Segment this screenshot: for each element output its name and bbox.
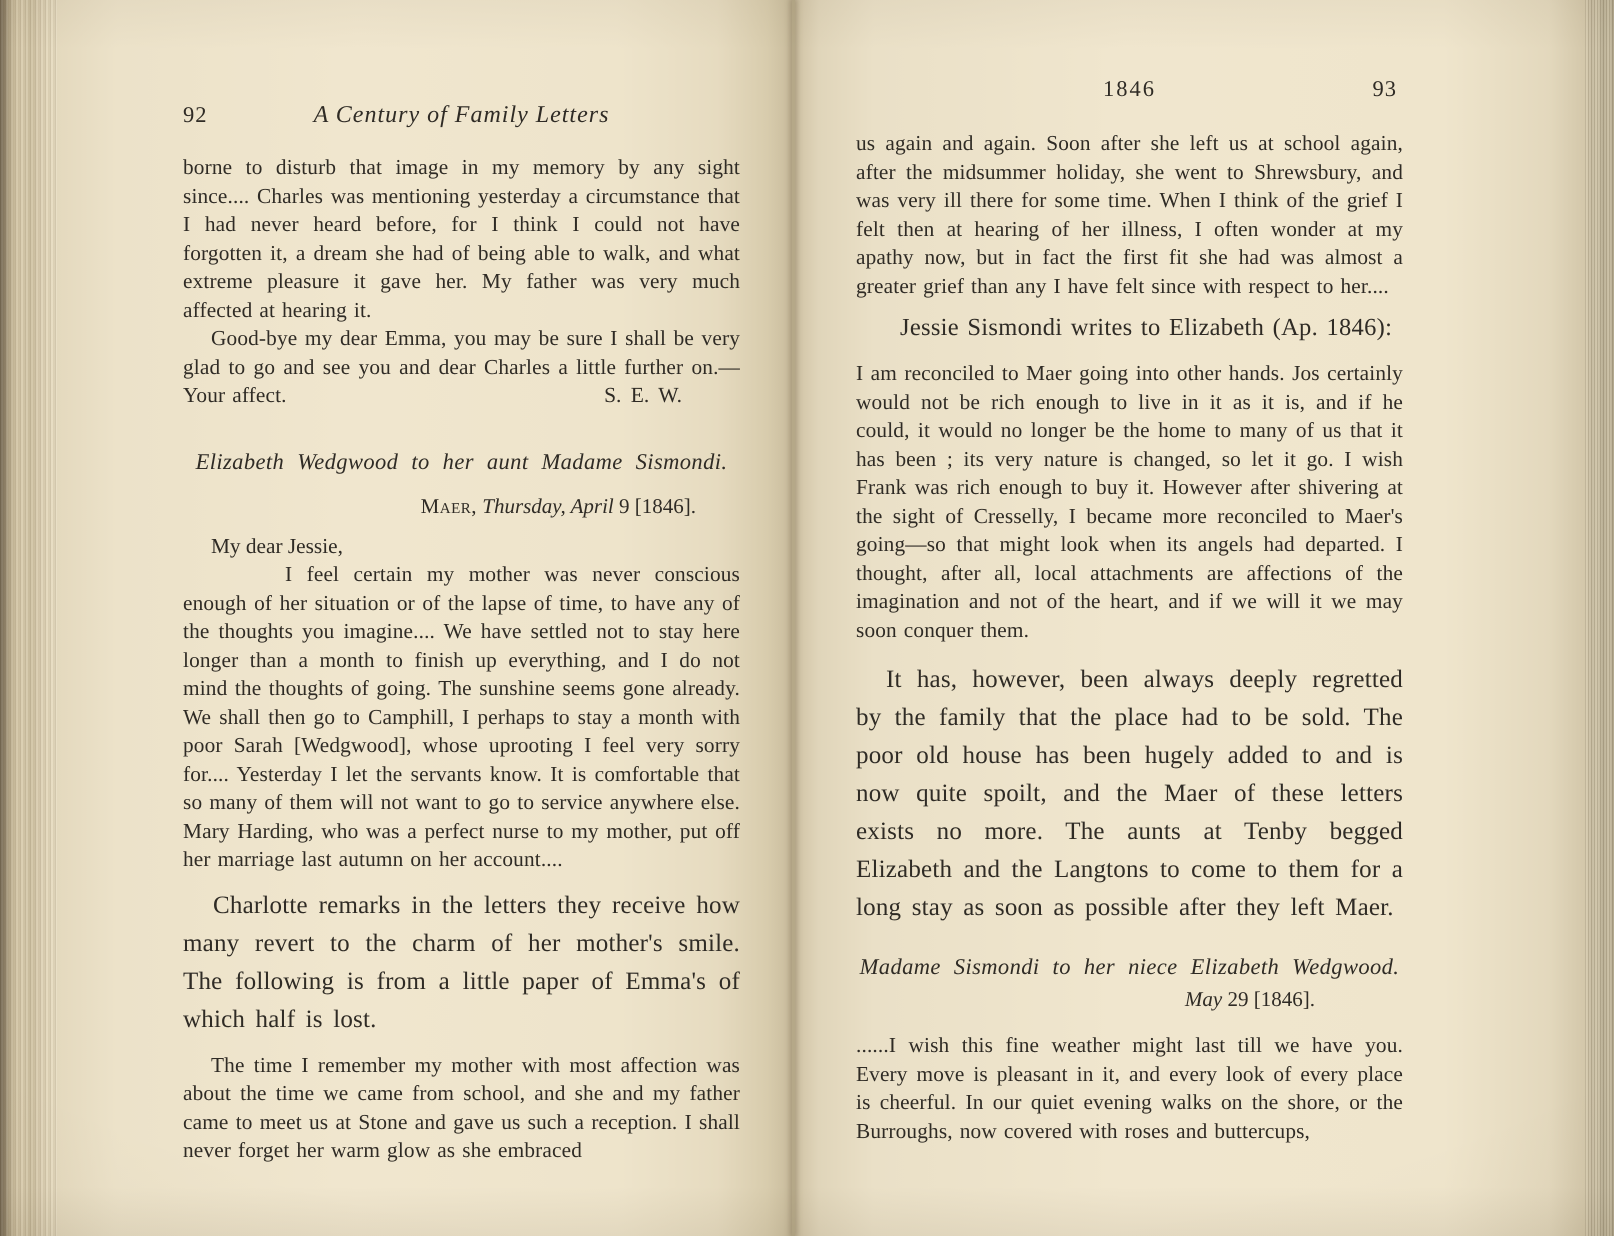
left-page-number: 92 (183, 100, 208, 130)
paragraph-borne: borne to disturb that image in my memory… (183, 153, 740, 324)
dateline-month: May (1185, 987, 1222, 1011)
paragraph-it-has: It has, however, been always deeply regr… (856, 661, 1403, 927)
dateline-place: Maer, (421, 494, 477, 518)
salutation: My dear Jessie, (183, 532, 740, 561)
year-header: 1846 (856, 74, 1403, 104)
heading-jessie-writes: Jessie Sismondi writes to Elizabeth (Ap.… (856, 312, 1403, 344)
letter-heading-elizabeth: Elizabeth Wedgwood to her aunt Madame Si… (183, 447, 740, 477)
paragraph-wish: ......I wish this fine weather might las… (856, 1031, 1403, 1145)
left-page: 92 A Century of Family Letters borne to … (183, 100, 740, 1165)
dateline-maer: Maer, Thursday, April 9 [1846]. (183, 492, 740, 521)
book-gutter (792, 0, 795, 1236)
page-edges-left (0, 0, 57, 1236)
right-page: 1846 93 us again and again. Soon after s… (856, 74, 1403, 1145)
book-spread: 92 A Century of Family Letters borne to … (0, 0, 1614, 1236)
dateline-tail: 29 [1846]. (1228, 987, 1316, 1011)
left-page-header: 92 A Century of Family Letters (183, 100, 740, 130)
paragraph-letter-body: I feel certain my mother was never consc… (183, 560, 740, 874)
right-page-number: 93 (1373, 74, 1398, 104)
dateline-tail: 9 [1846]. (619, 494, 696, 518)
dateline-may: May 29 [1846]. (856, 985, 1403, 1014)
paragraph-charlotte: Charlotte remarks in the letters they re… (183, 887, 740, 1039)
goodbye-block: Good-bye my dear Emma, you may be sure I… (183, 324, 740, 410)
letter-heading-madame: Madame Sismondi to her niece Elizabeth W… (856, 952, 1403, 982)
paragraph-time-remember: The time I remember my mother with most … (183, 1051, 740, 1165)
page-edges-right (1585, 0, 1614, 1236)
dateline-day: Thursday, April (482, 494, 613, 518)
running-title: A Century of Family Letters (183, 100, 740, 130)
right-page-header: 1846 93 (856, 74, 1403, 104)
paragraph-us-again: us again and again. Soon after she left … (856, 129, 1403, 300)
paragraph-reconciled: I am reconciled to Maer going into other… (856, 359, 1403, 644)
